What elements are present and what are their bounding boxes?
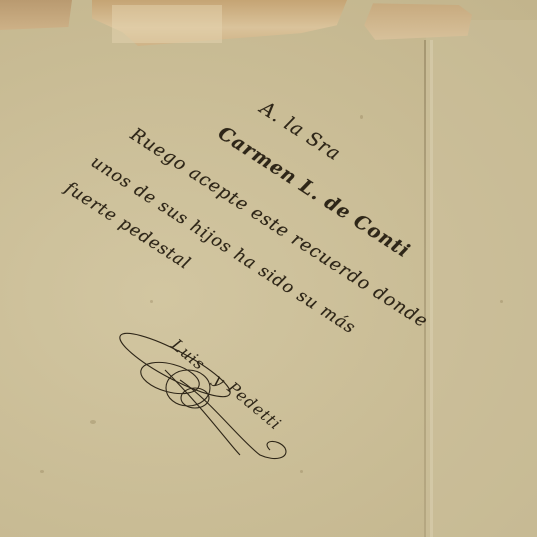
torn-tape-left	[0, 0, 72, 30]
mount-margin-panel	[426, 20, 537, 537]
torn-tape-right	[362, 0, 472, 42]
paper-speck	[360, 115, 363, 119]
paper-speck	[500, 300, 503, 303]
aged-paper: A. la Sra Carmen L. de Conti Ruego acept…	[0, 0, 537, 537]
mount-fold-highlight	[430, 40, 433, 537]
paper-speck	[300, 470, 303, 473]
paper-speck	[90, 420, 96, 424]
mount-fold-line	[424, 40, 426, 537]
paper-speck	[150, 300, 153, 303]
tape-residue	[112, 5, 222, 43]
signature-flourish-icon	[110, 330, 310, 470]
paper-speck	[40, 470, 44, 473]
